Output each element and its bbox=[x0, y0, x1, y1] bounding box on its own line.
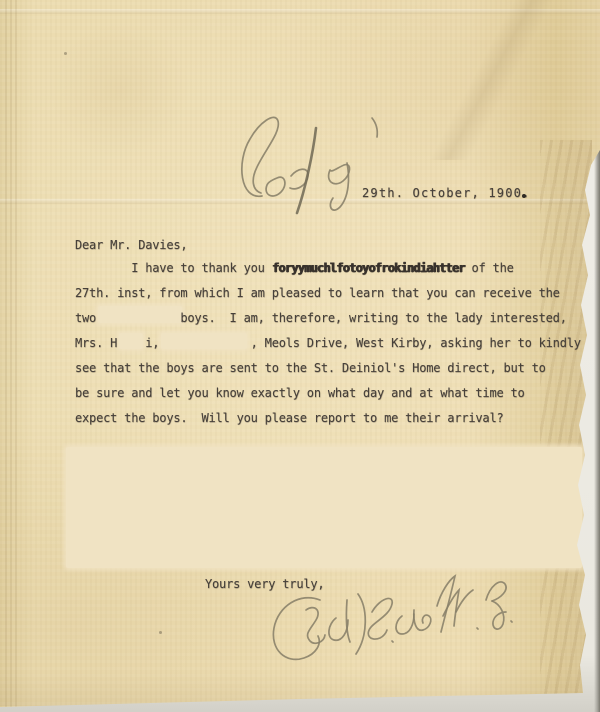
scanned-letter-scene: 29th. October, 1900. Dear Mr. Davies, I … bbox=[0, 0, 600, 712]
torn-right-edge-wrinkles bbox=[540, 140, 592, 700]
body-line-2: 27th. inst, from which I am pleased to l… bbox=[75, 286, 560, 300]
body-line-1: I have to thank you foryymuchlfotoyofrok… bbox=[75, 261, 514, 275]
salutation: Dear Mr. Davies, bbox=[75, 238, 187, 252]
shading-bottom-edge bbox=[0, 672, 600, 706]
ink-speck bbox=[522, 194, 526, 198]
pencil-speck bbox=[159, 631, 162, 634]
crease-left-edge bbox=[5, 0, 19, 712]
date-line: 29th. October, 1900. bbox=[362, 186, 531, 200]
crease-top-right bbox=[380, 0, 600, 160]
erased-paragraph-patch bbox=[66, 447, 582, 568]
scan-edge-shadow bbox=[594, 150, 600, 712]
paper-speck bbox=[64, 52, 67, 55]
letter-paper: 29th. October, 1900. Dear Mr. Davies, I … bbox=[0, 0, 600, 712]
closing-line: Yours very truly, bbox=[205, 577, 324, 591]
body-line-4: Mrs. H i, , Meols Drive, West Kirby, ask… bbox=[75, 336, 581, 350]
body-line-6: be sure and let you know exactly on what… bbox=[75, 386, 525, 400]
body-line-3: two boys. I am, therefore, writing to th… bbox=[75, 311, 567, 325]
body-line-7: expect the boys. Will you please report … bbox=[75, 411, 504, 425]
body-line-1-overstruck-text: foryymuchlfotoyofrokindiahtter bbox=[272, 261, 465, 275]
body-line-5: see that the boys are sent to the St. De… bbox=[75, 361, 546, 375]
body-line-1-suffix: of the bbox=[464, 261, 513, 275]
body-line-1-prefix: I have to thank you bbox=[75, 261, 272, 275]
